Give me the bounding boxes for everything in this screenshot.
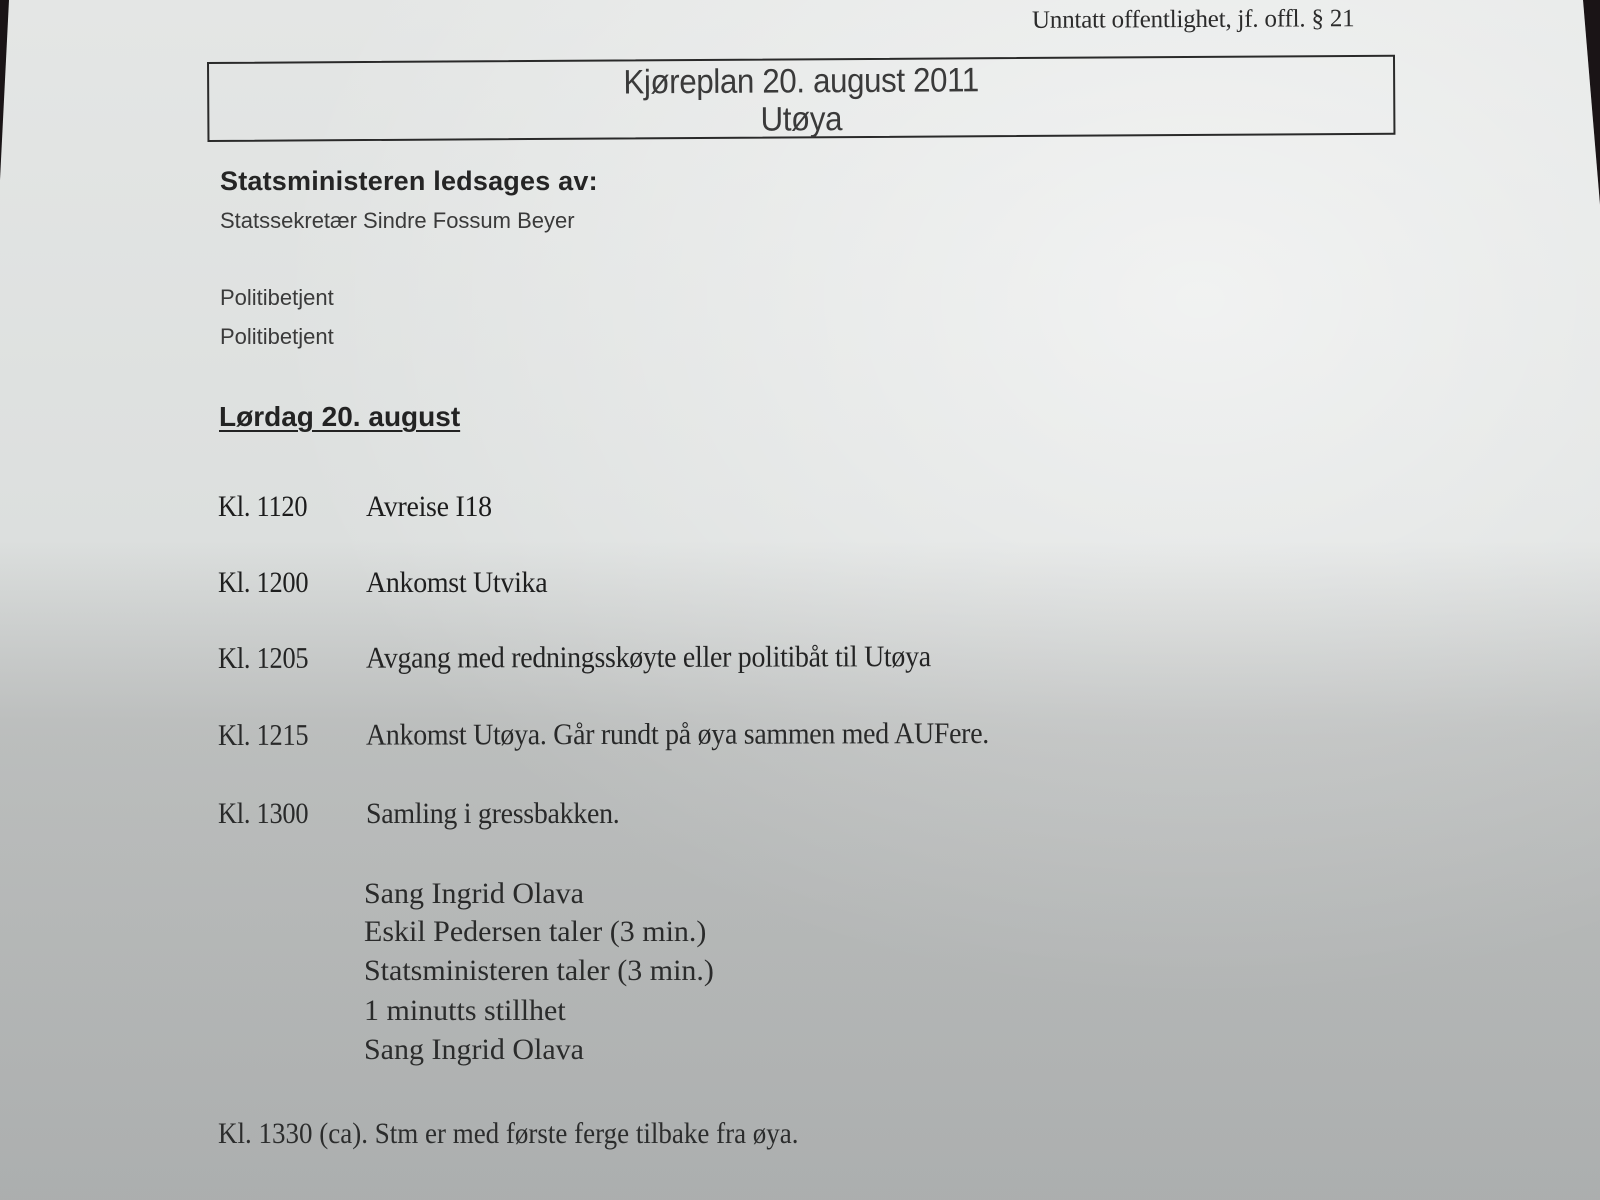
document-subtitle: Utøya — [257, 97, 1346, 142]
schedule-time: Kl. 1300 — [218, 797, 348, 831]
escort-member: Politibetjent — [220, 324, 334, 350]
schedule-description: Ankomst Utvika — [366, 566, 547, 600]
schedule-row: Kl. 1300Samling i gressbakken. — [218, 797, 639, 831]
document-title: Kjøreplan 20. august 2011 — [256, 59, 1345, 104]
document-title-box: Kjøreplan 20. august 2011 Utøya — [207, 55, 1395, 142]
program-item: 1 minutts stillhet — [364, 994, 566, 1028]
program-item: Sang Ingrid Olava — [364, 877, 584, 911]
paper-sheet: Unntatt offentlighet, jf. offl. § 21 Kjø… — [0, 0, 1600, 1200]
program-item: Statsministeren taler (3 min.) — [364, 954, 714, 988]
schedule-row: Kl. 1215Ankomst Utøya. Går rundt på øya … — [218, 717, 1036, 753]
schedule-row: Kl. 1120Avreise I18 — [218, 490, 501, 524]
schedule-row: Kl. 1205Avgang med redningsskøyte eller … — [218, 640, 973, 676]
classification-notice: Unntatt offentlighet, jf. offl. § 21 — [1032, 5, 1355, 35]
program-item: Eskil Pedersen taler (3 min.) — [364, 915, 706, 949]
escort-member: Statssekretær Sindre Fossum Beyer — [220, 208, 575, 234]
day-heading: Lørdag 20. august — [219, 401, 460, 433]
escort-member: Politibetjent — [220, 285, 334, 311]
program-item: Sang Ingrid Olava — [364, 1033, 584, 1067]
document-photo: Unntatt offentlighet, jf. offl. § 21 Kjø… — [0, 0, 1600, 1200]
schedule-time: Kl. 1200 — [218, 566, 348, 600]
schedule-time: Kl. 1215 — [218, 719, 348, 753]
schedule-time: Kl. 1205 — [218, 642, 348, 676]
final-note: Kl. 1330 (ca). Stm er med første ferge t… — [218, 1117, 799, 1151]
schedule-description: Samling i gressbakken. — [366, 797, 619, 831]
schedule-time: Kl. 1120 — [218, 490, 348, 524]
schedule-description: Avgang med redningsskøyte eller politibå… — [366, 640, 931, 675]
escort-heading: Statsministeren ledsages av: — [220, 166, 598, 197]
schedule-description: Avreise I18 — [366, 490, 492, 524]
schedule-description: Ankomst Utøya. Går rundt på øya sammen m… — [366, 717, 989, 753]
schedule-row: Kl. 1200Ankomst Utvika — [218, 566, 561, 600]
